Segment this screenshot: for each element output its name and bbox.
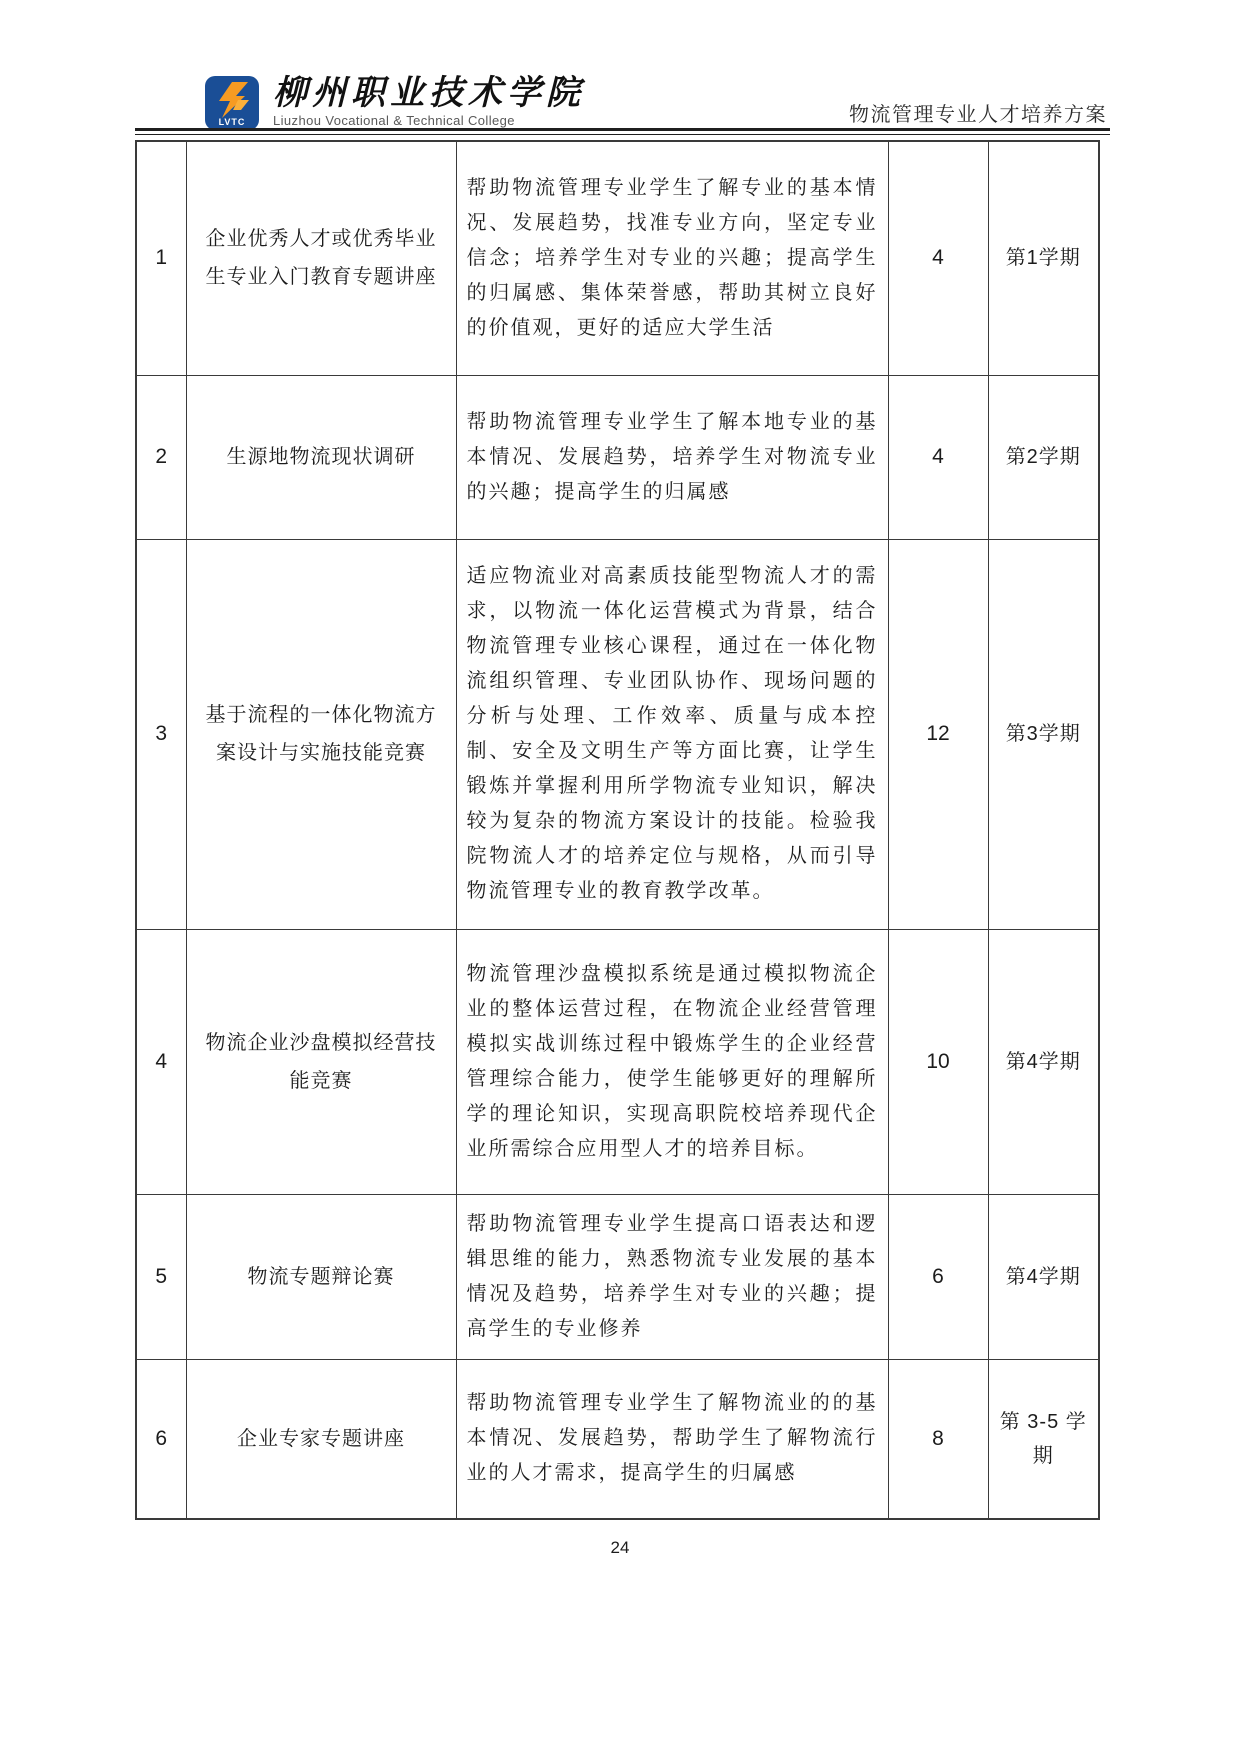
- college-brand: LVTC 柳州职业技术学院 Liuzhou Vocational & Techn…: [205, 74, 585, 130]
- activity-desc-cell: 帮助物流管理专业学生提高口语表达和逻辑思维的能力，熟悉物流专业发展的基本情况及趋…: [456, 1194, 888, 1359]
- college-name-cn: 柳州职业技术学院: [273, 74, 585, 112]
- table-row: 4 物流企业沙盘模拟经营技能竞赛 物流管理沙盘模拟系统是通过模拟物流企业的整体运…: [136, 929, 1099, 1194]
- table-row: 2 生源地物流现状调研 帮助物流管理专业学生了解本地专业的基本情况、发展趋势，培…: [136, 375, 1099, 539]
- logo-abbr-label: LVTC: [205, 117, 259, 127]
- hours-cell: 12: [888, 539, 988, 929]
- hours-cell: 4: [888, 141, 988, 375]
- semester-cell: 第2学期: [988, 375, 1099, 539]
- activity-name-cell: 企业专家专题讲座: [186, 1359, 456, 1519]
- row-number-cell: 4: [136, 929, 186, 1194]
- document-title: 物流管理专业人才培养方案: [849, 98, 1107, 127]
- activity-desc-cell: 帮助物流管理专业学生了解本地专业的基本情况、发展趋势，培养学生对物流专业的兴趣；…: [456, 375, 888, 539]
- table-row: 6 企业专家专题讲座 帮助物流管理专业学生了解物流业的的基本情况、发展趋势，帮助…: [136, 1359, 1099, 1519]
- semester-cell: 第4学期: [988, 1194, 1099, 1359]
- activities-table: 1 企业优秀人才或优秀毕业生专业入门教育专题讲座 帮助物流管理专业学生了解专业的…: [135, 140, 1100, 1520]
- college-name-block: 柳州职业技术学院 Liuzhou Vocational & Technical …: [273, 74, 585, 129]
- header-divider: [135, 128, 1110, 135]
- activity-name-cell: 生源地物流现状调研: [186, 375, 456, 539]
- row-number-cell: 3: [136, 539, 186, 929]
- table-row: 5 物流专题辩论赛 帮助物流管理专业学生提高口语表达和逻辑思维的能力，熟悉物流专…: [136, 1194, 1099, 1359]
- activity-desc-cell: 帮助物流管理专业学生了解专业的基本情况、发展趋势，找准专业方向，坚定专业信念；培…: [456, 141, 888, 375]
- college-name-en: Liuzhou Vocational & Technical College: [273, 113, 585, 129]
- page-header: LVTC 柳州职业技术学院 Liuzhou Vocational & Techn…: [135, 74, 1107, 127]
- semester-cell: 第3学期: [988, 539, 1099, 929]
- activity-name-cell: 物流专题辩论赛: [186, 1194, 456, 1359]
- activity-desc-cell: 适应物流业对高素质技能型物流人才的需求，以物流一体化运营模式为背景，结合物流管理…: [456, 539, 888, 929]
- hours-cell: 10: [888, 929, 988, 1194]
- row-number-cell: 1: [136, 141, 186, 375]
- activity-desc-cell: 帮助物流管理专业学生了解物流业的的基本情况、发展趋势，帮助学生了解物流行业的人才…: [456, 1359, 888, 1519]
- semester-cell: 第1学期: [988, 141, 1099, 375]
- table-row: 3 基于流程的一体化物流方案设计与实施技能竞赛 适应物流业对高素质技能型物流人才…: [136, 539, 1099, 929]
- page-number: 24: [0, 1538, 1240, 1558]
- activity-name-cell: 企业优秀人才或优秀毕业生专业入门教育专题讲座: [186, 141, 456, 375]
- table-row: 1 企业优秀人才或优秀毕业生专业入门教育专题讲座 帮助物流管理专业学生了解专业的…: [136, 141, 1099, 375]
- row-number-cell: 5: [136, 1194, 186, 1359]
- college-logo: LVTC: [205, 76, 259, 130]
- document-page: LVTC 柳州职业技术学院 Liuzhou Vocational & Techn…: [0, 0, 1240, 1754]
- row-number-cell: 6: [136, 1359, 186, 1519]
- semester-cell: 第 3-5 学期: [988, 1359, 1099, 1519]
- hours-cell: 4: [888, 375, 988, 539]
- semester-cell: 第4学期: [988, 929, 1099, 1194]
- activity-name-cell: 基于流程的一体化物流方案设计与实施技能竞赛: [186, 539, 456, 929]
- hours-cell: 6: [888, 1194, 988, 1359]
- activity-desc-cell: 物流管理沙盘模拟系统是通过模拟物流企业的整体运营过程，在物流企业经营管理模拟实战…: [456, 929, 888, 1194]
- hours-cell: 8: [888, 1359, 988, 1519]
- row-number-cell: 2: [136, 375, 186, 539]
- activity-name-cell: 物流企业沙盘模拟经营技能竞赛: [186, 929, 456, 1194]
